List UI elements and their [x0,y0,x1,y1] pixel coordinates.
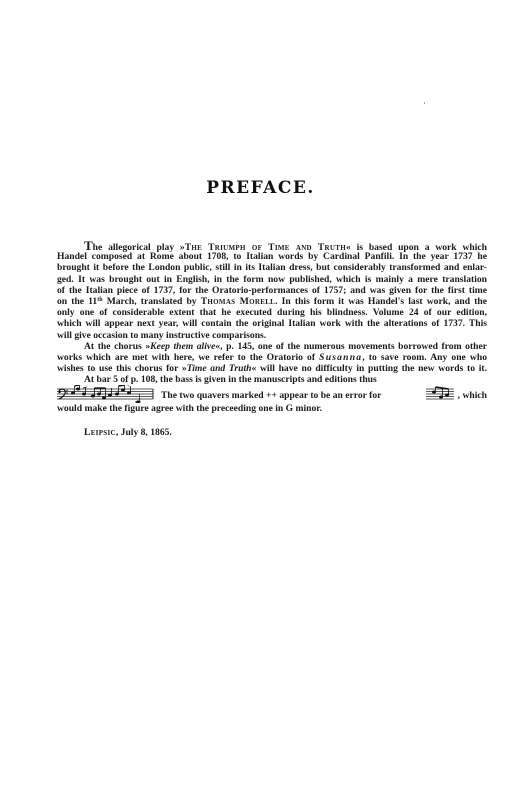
svg-text:+: + [127,385,130,388]
scan-speck [424,102,425,104]
page-title: PREFACE. [0,178,521,198]
p1-line-5: of the Italian piece of 1737, for the Or… [57,285,487,296]
p1-line-3: brought it before the London public, sti… [57,262,487,273]
signature-date: , July 8, 1865. [116,427,172,438]
p2-line-2: works which are met with here, we refer … [57,352,487,363]
p1-line-1: The allegorical play »The Triumph of Tim… [57,240,487,251]
p1-line-6: on the 11th March, translated by Thomas … [57,296,487,307]
p3-line-3: would make the figure agree with the pre… [57,403,487,414]
paragraph-3: At bar 5 of p. 108, the bass is given in… [57,374,487,414]
p2-line-3: wishes to use this chorus for »Time and … [57,363,487,374]
work-title-short: Time and Truth [187,363,252,374]
p2-line-1: At the chorus »Keep them alive«, p. 145,… [57,341,487,352]
text: wishes to use this chorus for » [57,363,187,374]
music-text-b: , which [458,390,487,401]
text: . In this form it was Handel's last work… [275,296,487,307]
text: on the 11 [57,296,97,307]
paragraph-1: The allegorical play »The Triumph of Tim… [57,240,487,341]
signature: Leipsic, July 8, 1865. [57,427,487,438]
p3-line-1: At bar 5 of p. 108, the bass is given in… [57,374,487,385]
text: works which are met with here, we refer … [57,352,319,363]
p3-music-line: + + The two quavers marked ++ appear to … [57,387,487,403]
music-notation-correction-icon [426,386,454,405]
text: , to save room. Any one who [362,352,487,363]
p1-line-9: will give occasion to many instructive c… [57,330,487,341]
preface-body: The allegorical play »The Triumph of Tim… [57,240,487,438]
p1-line-8: which will appear next year, will contai… [57,318,487,329]
signature-place: Leipsic [84,427,116,438]
music-text-a: The two quavers marked ++ appear to be a… [161,390,381,401]
oratorio-title: Susanna [319,352,362,363]
p1-line-7: only one of considerable extent that he … [57,307,487,318]
text: At the chorus » [84,341,150,352]
p1-line-4: ged. It was brought out in English, in t… [57,274,487,285]
paragraph-2: At the chorus »Keep them alive«, p. 145,… [57,341,487,375]
correction-wrapper: , which [422,386,487,405]
chorus-title: Keep them alive [150,341,215,352]
translator-name: Thomas Morell [201,296,275,307]
text: March, translated by [103,296,201,307]
music-line-text: The two quavers marked ++ appear to be a… [161,386,487,405]
text: « will have no difficulty in putting the… [251,363,487,374]
text: «, p. 145, one of the numerous movements… [215,341,487,352]
p1-line-2: Handel composed at Rome about 1708, to I… [57,251,487,262]
